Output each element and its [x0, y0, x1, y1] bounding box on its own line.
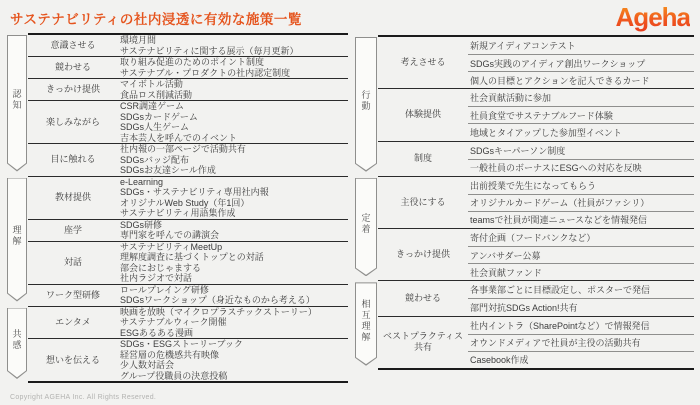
stage-row: 認知意識させる環境月間サステナビリティに関する展示（毎月更新）競わせる取り組み促… [6, 33, 348, 176]
category-label: きっかけ提供 [378, 229, 468, 280]
measure-item: SDGsカードゲーム [118, 112, 348, 123]
measure-items: 社内報の一部ページで活動共有SDGsバッジ配布SDGsお友達シール作成 [118, 144, 348, 176]
measure-items: マイボトル活動食品ロス削減活動 [118, 79, 348, 100]
measure-items: 出前授業で先生になってもらうオリジナルカードゲーム（社員がファシリ）teamsで… [468, 177, 694, 228]
measure-item: グループ役職員の決意投稿 [118, 371, 348, 382]
measure-items: 新規アイディアコンテストSDGs実践のアイディア創出ワークショップ個人の目標とア… [468, 37, 694, 88]
category-label: 主役にする [378, 177, 468, 228]
measure-item: サステナブルウィーク開催 [118, 317, 348, 328]
stage-arrow-gutter: 共感 [6, 306, 28, 384]
stage-groups: 主役にする出前授業で先生になってもらうオリジナルカードゲーム（社員がファシリ）t… [378, 176, 694, 281]
measure-item: SDGsお友達シール作成 [118, 165, 348, 176]
measure-item: SDGs実践のアイディア創出ワークショップ [468, 54, 694, 71]
measure-group-row: 座学SDGs研修専門家を呼んでの講演会 [28, 219, 348, 241]
measure-group-row: ワーク型研修ロールプレイング研修SDGsワークショップ（身近なものから考える） [28, 284, 348, 306]
measure-item: 出前授業で先生になってもらう [468, 177, 694, 194]
measure-item: 寄付企画（フードバンクなど） [468, 229, 694, 246]
measure-item: 映画を放映（マイクロプラスチックストーリー） [118, 307, 348, 318]
stage-arrow-gutter: 行動 [354, 35, 378, 176]
measure-item: サステナビリティMeetUp [118, 242, 348, 253]
category-label: 対話 [28, 242, 118, 284]
category-label: 制度 [378, 142, 468, 176]
measure-item: CSR調達ゲーム [118, 101, 348, 112]
category-label: 競わせる [28, 57, 118, 78]
slide: サステナビリティの社内浸透に有効な施策一覧 Ageha 認知意識させる環境月間サ… [0, 0, 700, 405]
stage-label-text: 理解 [11, 225, 24, 247]
category-label: 想いを伝える [28, 339, 118, 381]
stage-groups: 教材提供e-LearningSDGs・サステナビリティ専用社内報オリジナルWeb… [28, 176, 348, 306]
measure-item: 理解度調査に基づくトップとの対話 [118, 252, 348, 263]
stage-arrow: 共感 [7, 308, 27, 380]
measure-group-row: 教材提供e-LearningSDGs・サステナビリティ専用社内報オリジナルWeb… [28, 177, 348, 219]
measure-item: 一般社員のボーナスにESGへの対応を反映 [468, 159, 694, 176]
measure-item: SDGsワークショップ（身近なものから考える） [118, 295, 348, 306]
category-label: きっかけ提供 [28, 79, 118, 100]
measure-group-row: エンタメ映画を放映（マイクロプラスチックストーリー）サステナブルウィーク開催ES… [28, 307, 348, 339]
measure-group-row: 主役にする出前授業で先生になってもらうオリジナルカードゲーム（社員がファシリ）t… [378, 177, 694, 228]
measure-item: 食品ロス削減活動 [118, 90, 348, 101]
measure-item: ロールプレイング研修 [118, 285, 348, 296]
stage-label-text: 定着 [360, 213, 373, 235]
category-label: 座学 [28, 220, 118, 241]
measure-item: teamsで社員が関連ニュースなどを情報発信 [468, 211, 694, 228]
stage-row: 行動考えさせる新規アイディアコンテストSDGs実践のアイディア創出ワークショップ… [354, 35, 694, 176]
category-label: 体験提供 [378, 89, 468, 140]
measure-items: 環境月間サステナビリティに関する展示（毎月更新） [118, 35, 348, 56]
measure-group-row: 想いを伝えるSDGs・ESGストーリーブック経営層の危機感共有映像少人数対話会グ… [28, 338, 348, 381]
measure-item: アンバサダー公募 [468, 246, 694, 263]
category-label: 考えさせる [378, 37, 468, 88]
measure-items: 各事業部ごとに目標設定し、ポスターで発信部門対抗SDGs Action!共有 [468, 281, 694, 315]
category-label: ベストプラクティス共有 [378, 317, 468, 368]
measure-item: SDGs人生ゲーム [118, 122, 348, 133]
category-label: 競わせる [378, 281, 468, 315]
measure-item: 少人数対話会 [118, 360, 348, 371]
stage-arrow: 認知 [7, 35, 27, 172]
stage-row: 共感エンタメ映画を放映（マイクロプラスチックストーリー）サステナブルウィーク開催… [6, 306, 348, 384]
measure-item: ESGあるある漫画 [118, 328, 348, 339]
measure-item: 社内イントラ（SharePointなど）で情報発信 [468, 317, 694, 334]
category-label: 目に触れる [28, 144, 118, 176]
measure-items: 寄付企画（フードバンクなど）アンバサダー公募社会貢献ファンド [468, 229, 694, 280]
measure-item: オリジナルWeb Study（年1回） [118, 198, 348, 209]
measure-item: e-Learning [118, 177, 348, 188]
measure-group-row: 目に触れる社内報の一部ページで活動共有SDGsバッジ配布SDGsお友達シール作成 [28, 143, 348, 176]
stage-groups: 意識させる環境月間サステナビリティに関する展示（毎月更新）競わせる取り組み促進の… [28, 33, 348, 176]
measure-item: 部門対抗SDGs Action!共有 [468, 298, 694, 315]
measure-group-row: 考えさせる新規アイディアコンテストSDGs実践のアイディア創出ワークショップ個人… [378, 37, 694, 88]
measure-item: 取り組み促進のためのポイント制度 [118, 57, 348, 68]
stage-label: 相互理解 [355, 282, 377, 358]
category-label: 教材提供 [28, 177, 118, 219]
stage-arrow-gutter: 認知 [6, 33, 28, 176]
content-area: 認知意識させる環境月間サステナビリティに関する展示（毎月更新）競わせる取り組み促… [6, 33, 694, 383]
measure-group-row: 楽しみながらCSR調達ゲームSDGsカードゲームSDGs人生ゲーム吉本芸人を呼ん… [28, 100, 348, 143]
measure-items: 社会貢献活動に参加社員食堂でサステナブルフード体験地域とタイアップした参加型イベ… [468, 89, 694, 140]
stage-label-text: 行動 [360, 90, 373, 112]
measure-item: 新規アイディアコンテスト [468, 37, 694, 54]
measure-items: CSR調達ゲームSDGsカードゲームSDGs人生ゲーム吉本芸人を呼んでのイベント [118, 101, 348, 143]
category-label: ワーク型研修 [28, 285, 118, 306]
measure-items: サステナビリティMeetUp理解度調査に基づくトップとの対話部会におじゃまする社… [118, 242, 348, 284]
stage-arrow-gutter: 定着 [354, 176, 378, 281]
measure-group-row: 競わせる各事業部ごとに目標設定し、ポスターで発信部門対抗SDGs Action!… [378, 281, 694, 315]
measure-items: SDGs研修専門家を呼んでの講演会 [118, 220, 348, 241]
measure-items: SDGsキーパーソン制度一般社員のボーナスにESGへの対応を反映 [468, 142, 694, 176]
stage-arrow: 定着 [355, 178, 377, 277]
measure-item: 地域とタイアップした参加型イベント [468, 123, 694, 140]
stage-label: 定着 [355, 178, 377, 270]
measure-item: Casebook作成 [468, 351, 694, 368]
copyright-notice: Copyright AGEHA Inc. All Rights Reserved… [10, 394, 156, 401]
measure-group-row: ベストプラクティス共有社内イントラ（SharePointなど）で情報発信オウンド… [378, 316, 694, 368]
measure-items: 社内イントラ（SharePointなど）で情報発信オウンドメディアで社員が主役の… [468, 317, 694, 368]
category-label: 楽しみながら [28, 101, 118, 143]
stage-row: 相互理解競わせる各事業部ごとに目標設定し、ポスターで発信部門対抗SDGs Act… [354, 280, 694, 369]
measure-item: 環境月間 [118, 35, 348, 46]
stage-groups: 考えさせる新規アイディアコンテストSDGs実践のアイディア創出ワークショップ個人… [378, 35, 694, 176]
category-label: エンタメ [28, 307, 118, 339]
stage-arrow: 相互理解 [355, 282, 377, 365]
stage-groups: エンタメ映画を放映（マイクロプラスチックストーリー）サステナブルウィーク開催ES… [28, 306, 348, 384]
measure-item: 各事業部ごとに目標設定し、ポスターで発信 [468, 281, 694, 298]
measure-item: 社会貢献ファンド [468, 263, 694, 280]
stage-arrow: 理解 [7, 178, 27, 302]
stage-label-text: 相互理解 [360, 299, 373, 343]
measure-item: マイボトル活動 [118, 79, 348, 90]
measure-items: ロールプレイング研修SDGsワークショップ（身近なものから考える） [118, 285, 348, 306]
stage-label: 理解 [7, 178, 27, 295]
category-label: 意識させる [28, 35, 118, 56]
stage-label: 認知 [7, 35, 27, 165]
measure-group-row: きっかけ提供寄付企画（フードバンクなど）アンバサダー公募社会貢献ファンド [378, 228, 694, 280]
measure-item: 個人の目標とアクションを記入できるカード [468, 71, 694, 88]
measure-items: SDGs・ESGストーリーブック経営層の危機感共有映像少人数対話会グループ役職員… [118, 339, 348, 381]
left-measures-table: 認知意識させる環境月間サステナビリティに関する展示（毎月更新）競わせる取り組み促… [6, 33, 348, 383]
measure-item: SDGs・ESGストーリーブック [118, 339, 348, 350]
stage-label: 行動 [355, 37, 377, 165]
measure-group-row: きっかけ提供マイボトル活動食品ロス削減活動 [28, 78, 348, 100]
measure-item: 社員食堂でサステナブルフード体験 [468, 106, 694, 123]
measure-item: オウンドメディアで社員が主役の活動共有 [468, 334, 694, 351]
ageha-logo: Ageha [616, 2, 690, 33]
measure-item: サステナビリティ用語集作成 [118, 208, 348, 219]
stage-arrow-gutter: 相互理解 [354, 280, 378, 369]
measure-item: 専門家を呼んでの講演会 [118, 230, 348, 241]
measure-item: 吉本芸人を呼んでのイベント [118, 133, 348, 144]
measure-item: 社内報の一部ページで活動共有 [118, 144, 348, 155]
measure-group-row: 体験提供社会貢献活動に参加社員食堂でサステナブルフード体験地域とタイアップした参… [378, 88, 694, 140]
measure-item: オリジナルカードゲーム（社員がファシリ） [468, 194, 694, 211]
stage-arrow-gutter: 理解 [6, 176, 28, 306]
measure-item: SDGs研修 [118, 220, 348, 231]
measure-item: SDGsバッジ配布 [118, 155, 348, 166]
right-measures-table: 行動考えさせる新規アイディアコンテストSDGs実践のアイディア創出ワークショップ… [354, 35, 694, 370]
measure-items: 取り組み促進のためのポイント制度サステナブル・プロダクトの社内認定制度 [118, 57, 348, 78]
stage-arrow: 行動 [355, 37, 377, 172]
measure-items: e-LearningSDGs・サステナビリティ専用社内報オリジナルWeb Stu… [118, 177, 348, 219]
slide-header: サステナビリティの社内浸透に有効な施策一覧 Ageha [0, 0, 700, 33]
page-title: サステナビリティの社内浸透に有効な施策一覧 [10, 8, 302, 28]
stage-label-text: 認知 [11, 89, 24, 111]
stage-row: 定着主役にする出前授業で先生になってもらうオリジナルカードゲーム（社員がファシリ… [354, 176, 694, 281]
stage-groups: 競わせる各事業部ごとに目標設定し、ポスターで発信部門対抗SDGs Action!… [378, 280, 694, 369]
measure-group-row: 対話サステナビリティMeetUp理解度調査に基づくトップとの対話部会におじゃます… [28, 241, 348, 284]
measure-item: 部会におじゃまする [118, 263, 348, 274]
measure-group-row: 制度SDGsキーパーソン制度一般社員のボーナスにESGへの対応を反映 [378, 141, 694, 176]
measure-item: サステナブル・プロダクトの社内認定制度 [118, 68, 348, 79]
measure-item: SDGs・サステナビリティ専用社内報 [118, 187, 348, 198]
stage-row: 理解教材提供e-LearningSDGs・サステナビリティ専用社内報オリジナルW… [6, 176, 348, 306]
measure-group-row: 競わせる取り組み促進のためのポイント制度サステナブル・プロダクトの社内認定制度 [28, 56, 348, 78]
measure-item: 社会貢献活動に参加 [468, 89, 694, 106]
measure-items: 映画を放映（マイクロプラスチックストーリー）サステナブルウィーク開催ESGあるあ… [118, 307, 348, 339]
measure-item: 社内ラジオで対話 [118, 273, 348, 284]
measure-group-row: 意識させる環境月間サステナビリティに関する展示（毎月更新） [28, 35, 348, 56]
measure-item: SDGsキーパーソン制度 [468, 142, 694, 159]
stage-label: 共感 [7, 308, 27, 373]
measure-item: サステナビリティに関する展示（毎月更新） [118, 46, 348, 57]
measure-item: 経営層の危機感共有映像 [118, 350, 348, 361]
stage-label-text: 共感 [11, 329, 24, 351]
